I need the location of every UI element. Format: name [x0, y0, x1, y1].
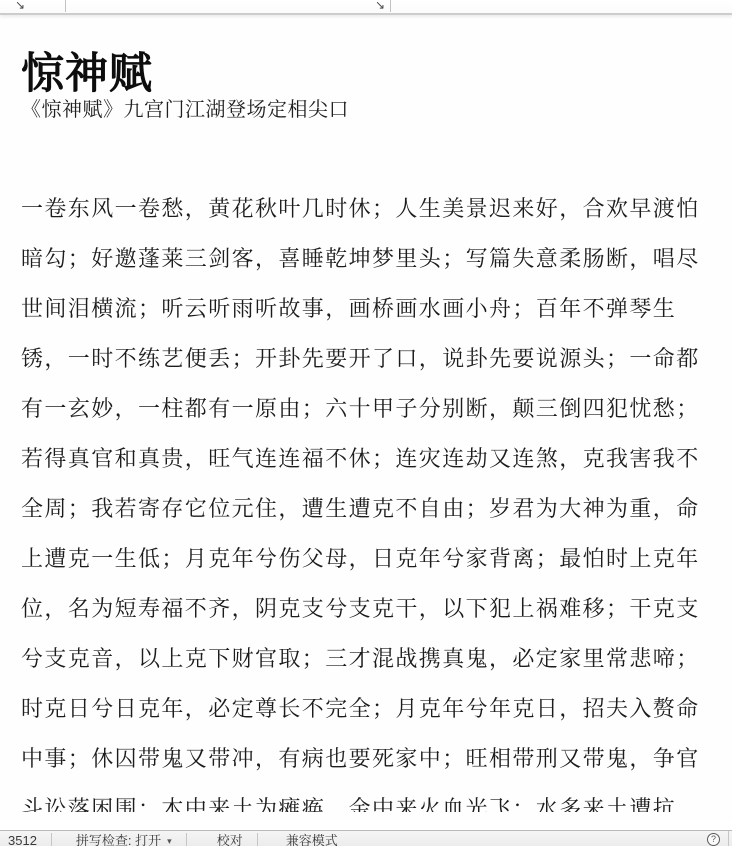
document-subtitle[interactable]: 《惊神赋》九宫门江湖登场定相尖口 [21, 93, 349, 122]
body-text-line[interactable]: 全周；我若寄存它位元住，遭生遭克不自由；岁君为大神为重，命 [21, 482, 716, 532]
table-handle-arrow-icon[interactable]: ↘ [375, 0, 385, 12]
spell-check-toggle[interactable]: 拼写检查: 打开 [76, 833, 161, 846]
body-text-line[interactable]: 斗讼落困围；木中来土为瘫痪，金中来火血光飞；水多来土遭抗 [21, 782, 716, 812]
compatibility-mode-badge[interactable]: 兼容模式 [286, 833, 338, 846]
body-text-line[interactable]: 一卷东风一卷愁，黄花秋叶几时休；人生美景迟来好，合欢早渡怕 [21, 182, 716, 232]
body-text-line[interactable]: 暗勾；好邀蓬莱三剑客，喜睡乾坤梦里头；写篇失意柔肠断，唱尽 [21, 232, 716, 282]
body-text-line[interactable]: 时克日兮日克年，必定尊长不完全；月克年兮年克日，招夫入赘命 [21, 682, 716, 732]
body-text-line[interactable]: 上遭克一生低；月克年兮伤父母，日克年兮家背离；最怕时上克年 [21, 532, 716, 582]
column-divider [65, 0, 66, 12]
status-divider [257, 833, 258, 846]
body-text-line[interactable]: 兮支克音，以上克下财官取；三才混战携真鬼，必定家里常悲啼； [21, 632, 716, 682]
document-title[interactable]: 惊神赋 [21, 40, 153, 101]
body-text-line[interactable]: 若得真官和真贵，旺气连连福不休；连灾连劫又连煞，克我害我不 [21, 432, 716, 482]
document-body[interactable]: 一卷东风一卷愁，黄花秋叶几时休；人生美景迟来好，合欢早渡怕 暗勾；好邀蓬莱三剑客… [21, 182, 716, 812]
body-text-line[interactable]: 世间泪横流；听云听雨听故事，画桥画水画小舟；百年不弹琴生 [21, 282, 716, 332]
table-handle-arrow-icon[interactable]: ↘ [15, 0, 25, 12]
status-bar: 3512 拼写检查: 打开 ▾ 校对 兼容模式 ? [0, 830, 732, 846]
body-text-line[interactable]: 有一玄妙，一柱都有一原由；六十甲子分别断，颠三倒四犯忧愁； [21, 382, 716, 432]
body-text-line[interactable]: 位，名为短寿福不齐，阴克支兮支克干，以下犯上祸难移；干克支 [21, 582, 716, 632]
document-canvas[interactable]: 惊神赋 《惊神赋》九宫门江湖登场定相尖口 一卷东风一卷愁，黄花秋叶几时休；人生美… [0, 15, 732, 821]
top-ruler-strip: ↘ ↘ [0, 0, 732, 15]
body-text-line[interactable]: 锈，一时不练艺便丢；开卦先要开了口，说卦先要说源头；一命都 [21, 332, 716, 382]
proofread-button[interactable]: 校对 [217, 833, 243, 846]
status-divider [186, 833, 187, 846]
chevron-down-icon[interactable]: ▾ [167, 833, 172, 846]
status-divider [51, 833, 52, 846]
column-divider [390, 0, 391, 12]
word-count[interactable]: 3512 [8, 833, 37, 846]
status-divider [728, 831, 729, 846]
help-icon[interactable]: ? [707, 833, 720, 846]
body-text-line[interactable]: 中事；休囚带鬼又带冲，有病也要死家中；旺相带刑又带鬼，争官 [21, 732, 716, 782]
